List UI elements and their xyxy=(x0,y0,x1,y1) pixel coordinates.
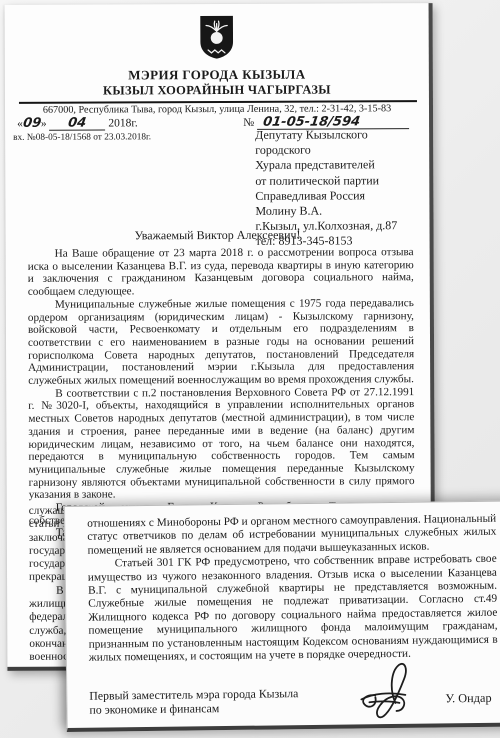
recipient-line: Хурала представителей xyxy=(255,158,425,174)
body-paragraph-1: На Ваше обращение от 23 марта 2018 г. о … xyxy=(28,246,414,298)
outgoing-date: «09» 04 2018г. xyxy=(17,117,138,131)
signature-block: Первый заместитель мэра города Кызыла по… xyxy=(89,676,499,725)
year-label: 2018г. xyxy=(108,117,137,129)
quote-close: » xyxy=(41,118,47,130)
page2-paragraph-1: отношениях с Минобороны РФ и органом мес… xyxy=(87,513,496,558)
scanned-letter-view: МЭРИЯ ГОРОДА КЫЗЫЛА КЫЗЫЛ ХООРАЙНЫН ЧАГЫ… xyxy=(0,0,500,738)
org-name-russian: МЭРИЯ ГОРОДА КЫЗЫЛА xyxy=(5,66,429,84)
signatory-position-line: по экономике и финансам xyxy=(89,700,329,717)
recipient-line: Депутату Кызылского городского xyxy=(255,127,425,158)
handwritten-number: 01-05-18/594 xyxy=(262,116,360,127)
org-address-line: 667000, Республика Тыва, город Кызыл, ул… xyxy=(5,103,429,116)
number-sign: № xyxy=(243,117,254,129)
handwritten-day: 09 xyxy=(22,118,42,129)
letter-body: На Ваше обращение от 23 марта 2018 г. о … xyxy=(28,246,415,540)
body-paragraph-3: В соответствии с п.2 постановления Верхо… xyxy=(28,386,414,502)
recipient-line: от политической партии xyxy=(255,173,425,189)
recipient-line: Молину В.А. xyxy=(255,203,425,219)
coat-of-arms-icon xyxy=(194,13,240,61)
salutation: Уважаемый Виктор Алексеевич! xyxy=(6,227,430,244)
letter-page-2: отношениях с Минобороны РФ и органом мес… xyxy=(64,500,500,732)
page2-paragraph-2: Статьей 301 ГК РФ предусмотрено, что соб… xyxy=(88,553,498,665)
signatory-position: Первый заместитель мэра города Кызыла по… xyxy=(89,686,329,718)
body-paragraph-2: Муниципальные служебные жилые помещения … xyxy=(28,297,414,388)
recipient-line: Справедливая Россия xyxy=(255,188,425,204)
signature-icon xyxy=(345,661,432,722)
org-name-tuvan: КЫЗЫЛ ХООРАЙНЫН ЧАГЫРГАЗЫ xyxy=(5,82,429,99)
handwritten-month: 04 xyxy=(68,118,88,129)
signatory-name: У. Ондар xyxy=(445,691,491,707)
